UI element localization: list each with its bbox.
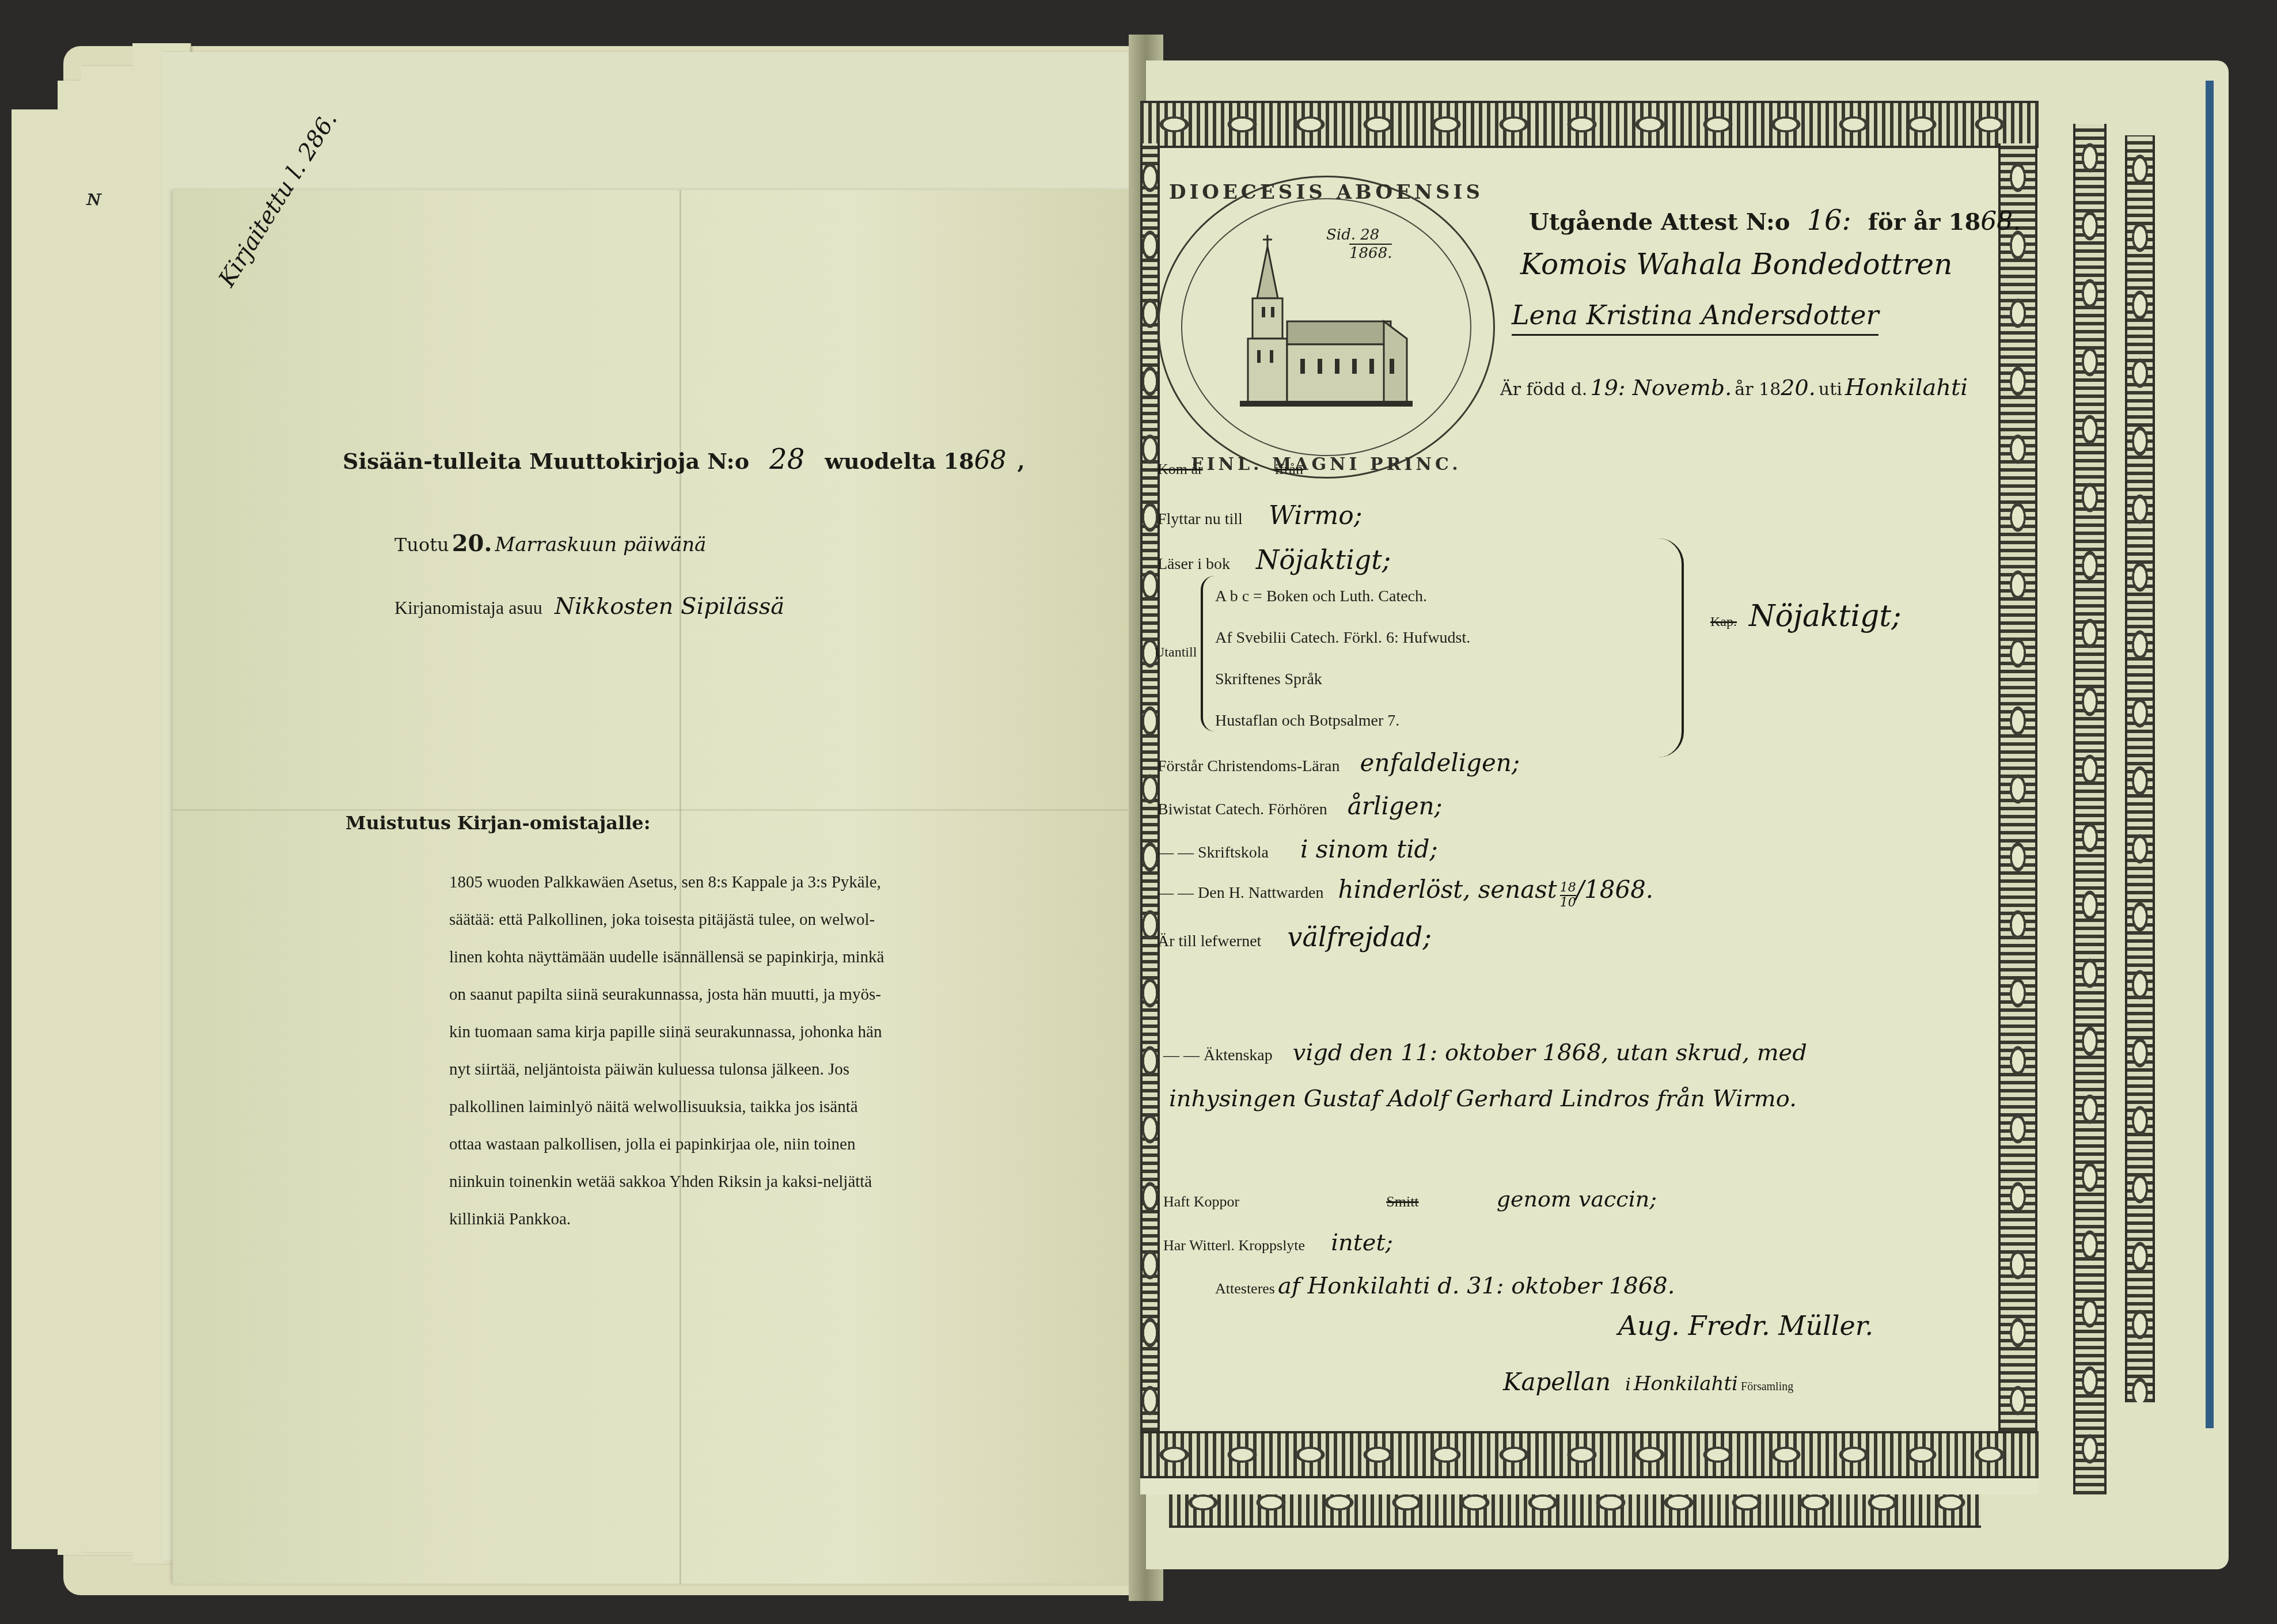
utantill-label: Utantill (1155, 645, 1197, 661)
birth-place: Honkilahti (1845, 374, 1968, 401)
decorative-border-bottom (1140, 1431, 2039, 1478)
field-communion: — — Den H. Nattwarden hinderlöst, senast… (1158, 875, 1653, 910)
field-came-from: Kom år ifrån (1158, 461, 1303, 478)
field-understands: Förstår Christendoms-Läran enfaldeligen; (1158, 749, 1520, 777)
brace-right (1659, 538, 1684, 757)
moving-certificate-receipt-page: Kirjaitettu l. 286. Sisään-tulleita Muut… (173, 190, 1146, 1584)
attest-year-label: för år 18 (1868, 208, 1980, 236)
signature: Aug. Fredr. Müller. (1618, 1310, 1873, 1341)
decorative-border-underlayer (2125, 135, 2155, 1402)
decorative-border-right (1998, 143, 2037, 1431)
reminder-line: ottaa wastaan palkollisen, jolla ei papi… (449, 1126, 1152, 1163)
reading-value: Nöjaktigt; (1256, 544, 1391, 575)
field-physical-defect: Har Witterl. Kroppslyte intet; (1163, 1230, 1393, 1256)
attest-place-date: Attesteres af Honkilahti d. 31: oktober … (1215, 1273, 1675, 1299)
reminder-title: Muistutus Kirjan-omistajalle: (346, 812, 650, 834)
birth-date: 19: Novemb. (1591, 375, 1732, 400)
field-smallpox: Haft Koppor Smitt genom vaccin; (1163, 1186, 1657, 1212)
moving-to-value: Wirmo; (1269, 501, 1363, 530)
utantill-result: Kap. Nöjaktigt; (1710, 599, 1902, 633)
birth-year: 20. (1781, 375, 1815, 400)
brace-left (1201, 576, 1215, 731)
field-reading: Läser i bok Nöjaktigt; (1158, 544, 1391, 575)
brought-day: 20. (452, 530, 492, 557)
seal-page-note: Sid. 28 1868. (1326, 226, 1392, 262)
field-catechism-attendance: Biwistat Catech. Förhören årligen; (1158, 792, 1443, 820)
diocese-seal: DIOECESIS ABOENSIS Sid. 28 1868. FINL. M… (1158, 176, 1495, 479)
birth-line: Är född d. 19: Novemb. år 1820. uti Honk… (1500, 374, 1968, 401)
utantill-item: A b c = Boken och Luth. Catech. (1215, 576, 1470, 617)
field-marriage: — — Äktenskap vigd den 11: oktober 1868,… (1163, 1039, 1807, 1066)
brought-month: Marraskuun päiwänä (495, 533, 706, 556)
utantill-item: Skriftenes Språk (1215, 659, 1470, 700)
field-moving-to: Flyttar nu till Wirmo; (1158, 501, 1362, 530)
attest-number: 16: (1807, 204, 1851, 237)
attest-label: Utgående Attest N:o (1529, 208, 1790, 236)
heading-year: 68 (974, 446, 1006, 475)
page-fold (173, 809, 1146, 811)
decorative-border-left (1140, 143, 1160, 1431)
marriage-line-2: inhysingen Gustaf Adolf Gerhard Lindros … (1169, 1086, 1797, 1112)
marriage-line-1: vigd den 11: oktober 1868, utan skrud, m… (1293, 1039, 1807, 1066)
heading-prefix: Sisään-tulleita Muuttokirjoja N:o (343, 448, 749, 474)
heading-number: 28 (769, 443, 804, 476)
reminder-line: säätää: että Palkollinen, joka toisesta … (449, 901, 1152, 939)
utantill-item: Af Svebilii Catech. Förkl. 6: Hufwudst. (1215, 617, 1470, 659)
book-cover-edge (2206, 81, 2214, 1428)
owner-value: Nikkosten Sipilässä (555, 593, 784, 620)
reminder-line: niinkuin toinenkin wetää sakkoa Yhden Ri… (449, 1163, 1152, 1201)
reminder-line: linen kohta näyttämään uudelle isännälle… (449, 939, 1152, 976)
owner-label: Kirjanomistaja asuu (394, 597, 542, 618)
brought-date-line: Tuotu 20. Marraskuun päiwänä (394, 530, 706, 557)
communion-date-fraction: 18 10 (1560, 881, 1576, 910)
reminder-line: 1805 wuoden Palkkawäen Asetus, sen 8:s K… (449, 864, 1152, 901)
reminder-line: nyt siirtää, neljäntoista päiwän kuluess… (449, 1051, 1152, 1088)
utantill-item: Hustaflan och Botpsalmer 7. (1215, 700, 1470, 742)
field-conduct: Är till lefwernet välfrejdad; (1158, 921, 1432, 953)
attest-year: 68. (1980, 207, 2021, 236)
utantill-value: Nöjaktigt; (1749, 599, 1902, 633)
name-line-1: Komois Wahala Bondedottren (1520, 248, 1952, 281)
reminder-line: palkollinen laiminlyö näitä welwollisuuk… (449, 1088, 1152, 1126)
reminder-line: on saanut papilta siinä seurakunnassa, j… (449, 976, 1152, 1014)
heading-middle: wuodelta 18 (825, 448, 974, 474)
owner-residence-line: Kirjanomistaja asuu Nikkosten Sipilässä (394, 593, 784, 620)
decorative-border-underlayer (2073, 124, 2107, 1494)
reminder-line: kin tuomaan sama kirja papille siinä seu… (449, 1014, 1152, 1051)
field-confirmation-school: — — Skriftskola i sinom tid; (1158, 835, 1438, 863)
signatory-title: Kapellan i Honkilahti Församling (1503, 1368, 1793, 1396)
brought-label: Tuotu (394, 534, 449, 556)
utantill-items: A b c = Boken och Luth. Catech. Af Svebi… (1215, 576, 1470, 742)
reminder-body: 1805 wuoden Palkkawäen Asetus, sen 8:s K… (449, 864, 1152, 1238)
leaf-mark: ɴ (86, 184, 101, 211)
name-line-2: Lena Kristina Andersdotter (1512, 299, 1878, 336)
certificate-header: Utgående Attest N:o 16: för år 1868. (1529, 204, 2021, 237)
decorative-border-top (1140, 101, 2039, 148)
reminder-line: killinkiä Pankkoa. (449, 1201, 1152, 1238)
receipt-heading: Sisään-tulleita Muuttokirjoja N:o 28 wuo… (343, 443, 1025, 476)
